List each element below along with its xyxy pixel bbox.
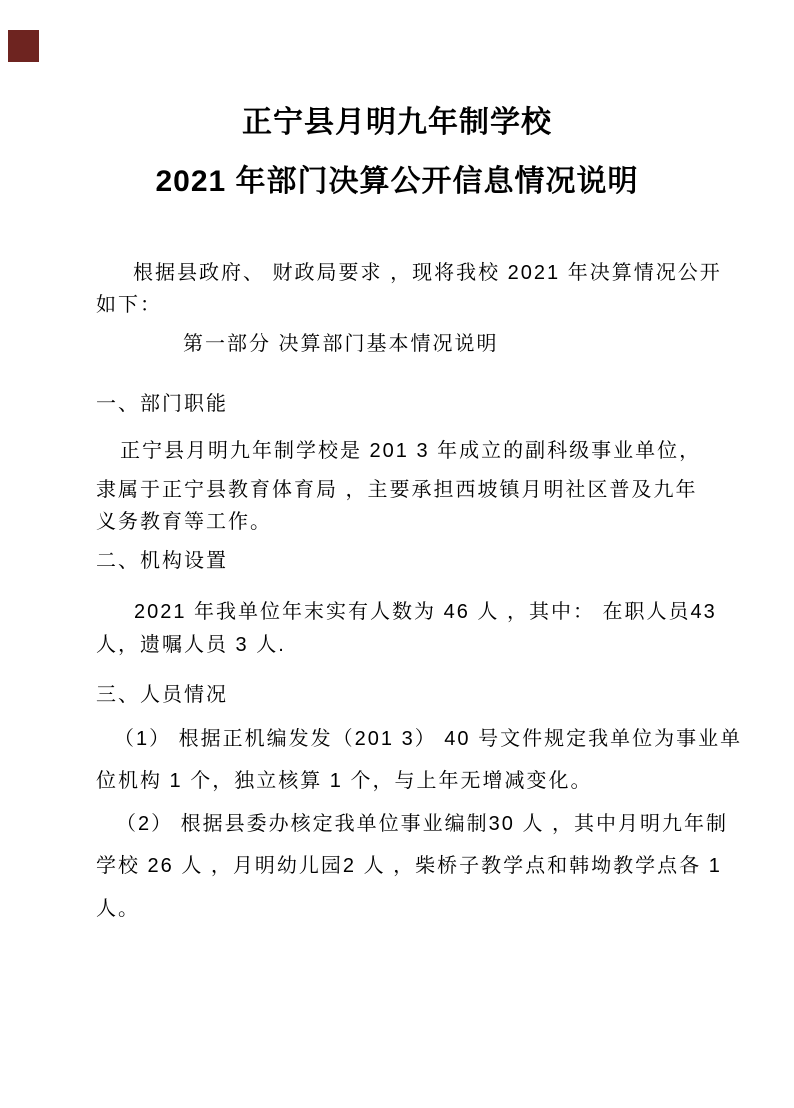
section3-heading: 三、人员情况 — [96, 682, 228, 709]
section3-item1-line2: 位机构 1 个，独立核算 1 个，与上年无增减变化。 — [96, 768, 592, 795]
section3-item1-line1: （1） 根据正机编发发（201 3） 40 号文件规定我单位为事业单 — [114, 726, 742, 753]
section2-paragraph-line2: 人，遗嘱人员 3 人. — [96, 632, 286, 659]
part1-heading: 第一部分 决算部门基本情况说明 — [183, 331, 499, 358]
section1-paragraph-line3: 义务教育等工作。 — [96, 509, 272, 536]
section1-paragraph-line2: 隶属于正宁县教育体育局 ，主要承担西坡镇月明社区普及九年 — [96, 477, 698, 504]
corner-marker — [8, 30, 39, 62]
section3-item2-line2: 学校 26 人 ，月明幼儿园2 人 ，柴桥子教学点和韩坳教学点各 1 — [96, 853, 722, 880]
document-title-line2: 2021 年部门决算公开信息情况说明 — [0, 163, 794, 201]
section1-paragraph-line1: 正宁县月明九年制学校是 201 3 年成立的副科级事业单位， — [120, 438, 701, 465]
document-title-line1: 正宁县月明九年制学校 — [0, 104, 794, 142]
section3-item2-line3: 人。 — [96, 896, 140, 923]
document-page: 正宁县月明九年制学校 2021 年部门决算公开信息情况说明 根据县政府、 财政局… — [0, 0, 794, 1108]
section3-item2-line1: （2） 根据县委办核定我单位事业编制30 人 ，其中月明九年制 — [116, 811, 728, 838]
intro-paragraph-line1: 根据县政府、 财政局要求 ，现将我校 2021 年决算情况公开 — [133, 260, 722, 287]
section2-paragraph-line1: 2021 年我单位年末实有人数为 46 人 ，其中： 在职人员43 — [134, 599, 717, 626]
intro-paragraph-line2: 如下： — [96, 292, 162, 319]
section1-heading: 一、部门职能 — [96, 391, 228, 418]
section2-heading: 二、机构设置 — [96, 548, 228, 575]
